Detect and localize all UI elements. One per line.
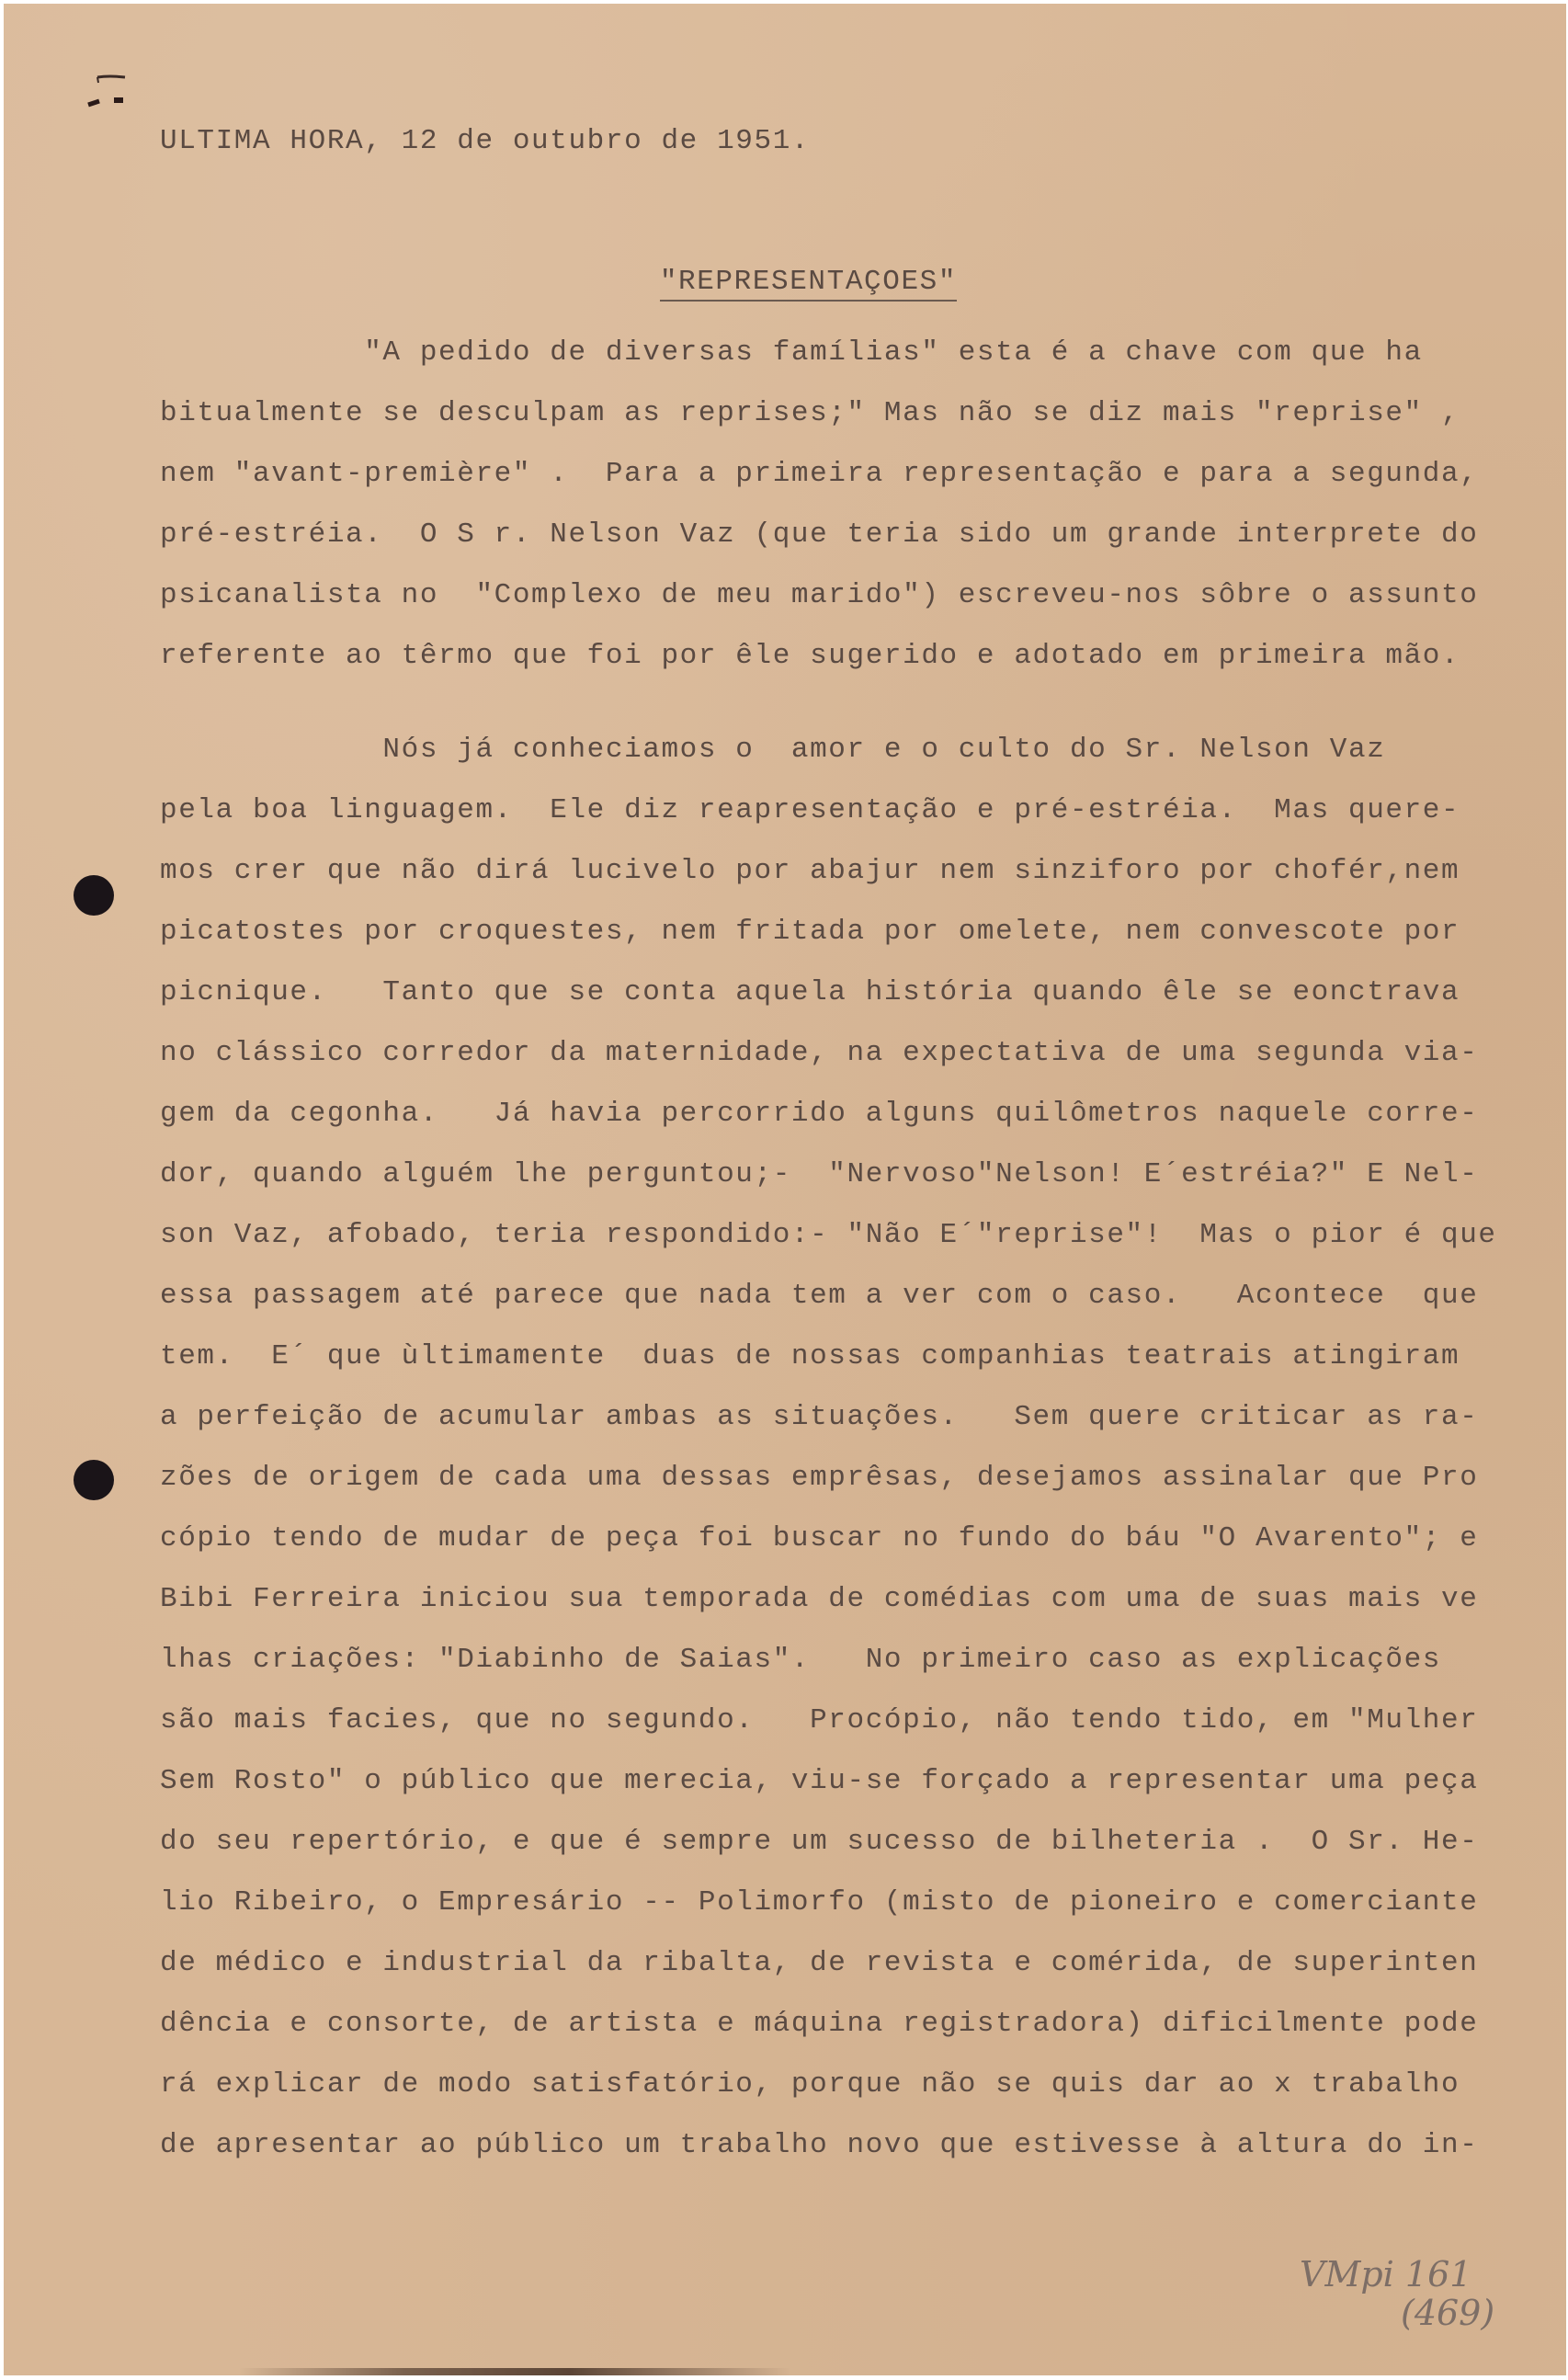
text-line: bitualmente se desculpam as reprises;" M… xyxy=(160,399,1460,427)
text-line: "A pedido de diversas famílias" esta é a… xyxy=(160,338,1423,367)
document-title-text: "REPRESENTAÇOES" xyxy=(660,266,957,302)
pencil-annotation: VMpi 161 (469) xyxy=(1300,2256,1494,2333)
text-line: a perfeição de acumular ambas as situaçõ… xyxy=(160,1403,1478,1431)
text-line: Nós já conheciamos o amor e o culto do S… xyxy=(160,735,1385,764)
text-line: nem "avant-première" . Para a primeira r… xyxy=(160,460,1478,488)
text-line: no clássico corredor da maternidade, na … xyxy=(160,1039,1478,1067)
text-line: do seu repertório, e que é sempre um suc… xyxy=(160,1828,1478,1856)
annotation-line-2: (469) xyxy=(1401,2295,1494,2333)
text-line: dência e consorte, de artista e máquina … xyxy=(160,2010,1478,2038)
text-line: cópio tendo de mudar de peça foi buscar … xyxy=(160,1524,1478,1553)
text-line: Bibi Ferreira iniciou sua temporada de c… xyxy=(160,1585,1478,1613)
page-edge-shadow xyxy=(239,2368,790,2375)
text-line: picatostes por croquestes, nem fritada p… xyxy=(160,917,1460,946)
text-line: lio Ribeiro, o Empresário -- Polimorfo (… xyxy=(160,1888,1478,1917)
document-header: ULTIMA HORA, 12 de outubro de 1951. xyxy=(160,127,810,155)
text-line: essa passagem até parece que nada tem a … xyxy=(160,1281,1478,1310)
text-line: rá explicar de modo satisfatório, porque… xyxy=(160,2070,1460,2099)
annotation-line-1: VMpi 161 xyxy=(1300,2256,1494,2295)
text-line: referente ao têrmo que foi por êle suger… xyxy=(160,642,1460,670)
punch-hole-icon xyxy=(74,1460,114,1500)
ink-mark-icon xyxy=(86,68,132,123)
text-line: dor, quando alguém lhe perguntou;- "Nerv… xyxy=(160,1160,1478,1189)
text-line: tem. E´ que ùltimamente duas de nossas c… xyxy=(160,1342,1460,1371)
text-line: lhas criações: "Diabinho de Saias". No p… xyxy=(160,1646,1441,1674)
text-line: pela boa linguagem. Ele diz reapresentaç… xyxy=(160,796,1460,825)
punch-hole-icon xyxy=(74,875,114,916)
text-line: de apresentar ao público um trabalho nov… xyxy=(160,2131,1478,2159)
text-line: psicanalista no "Complexo de meu marido"… xyxy=(160,581,1478,609)
text-line: zões de origem de cada uma dessas emprês… xyxy=(160,1463,1478,1492)
text-line: picnique. Tanto que se conta aquela hist… xyxy=(160,978,1460,1007)
document-page: ULTIMA HORA, 12 de outubro de 1951. "REP… xyxy=(4,4,1566,2375)
text-line: são mais facies, que no segundo. Procópi… xyxy=(160,1706,1478,1735)
text-line: pré-estréia. O S r. Nelson Vaz (que teri… xyxy=(160,520,1478,549)
text-line: son Vaz, afobado, teria respondido:- "Nã… xyxy=(160,1221,1497,1249)
text-line: mos crer que não dirá lucivelo por abaju… xyxy=(160,857,1460,885)
document-title: "REPRESENTAÇOES" xyxy=(585,239,957,325)
text-line: de médico e industrial da ribalta, de re… xyxy=(160,1949,1478,1977)
text-line: Sem Rosto" o público que merecia, viu-se… xyxy=(160,1767,1478,1795)
text-line: gem da cegonha. Já havia percorrido algu… xyxy=(160,1099,1478,1128)
